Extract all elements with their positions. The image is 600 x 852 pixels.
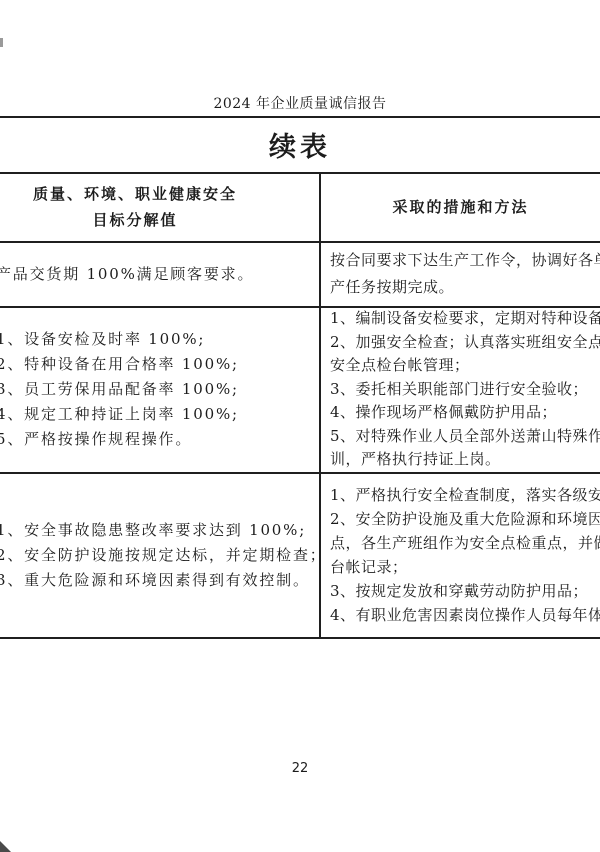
table-cell-row3-measures: 1、严格执行安全检查制度，落实各级安全 2、安全防护设施及重大危险源和环境因素 … — [330, 474, 600, 636]
document-page: 2024 年企业质量诚信报告 续表 质量、环境、职业健康安全 目标分解值 采取的… — [0, 0, 600, 852]
table-header-right: 采取的措施和方法 — [321, 174, 600, 240]
continuation-title: 续表 — [0, 125, 600, 164]
table-header-left: 质量、环境、职业健康安全 目标分解值 — [0, 174, 320, 240]
scan-artifact-edge-mark — [0, 38, 3, 47]
header-rule — [0, 116, 600, 118]
running-header: 2024 年企业质量诚信报告 — [0, 93, 600, 113]
page-number: 22 — [0, 761, 600, 776]
table-cell-row2-measures: 1、编制设备安检要求，定期对特种设备进 2、加强安全检查；认真落实班组安全点检 … — [330, 308, 600, 471]
table-border-bottom — [0, 637, 600, 639]
scan-artifact-corner — [0, 841, 11, 852]
table-cell-row1-measures: 按合同要求下达生产工作令，协调好各单 产任务按期完成。 — [330, 243, 600, 305]
